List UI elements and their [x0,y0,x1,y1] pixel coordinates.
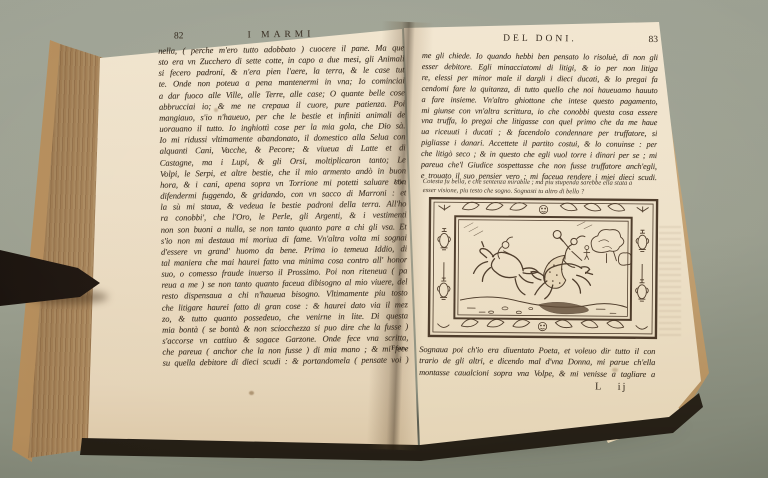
right-page-below-woodcut: Sognaua poi ch'io era diuentato Poeta, e… [419,344,655,380]
aside-paragraph: Cotesta fu bella, e che sentenza mirabil… [423,178,661,198]
margin-note-fran: Fran. [391,345,406,352]
right-page-body: me gli chiede. Io quando hebbi ben pensa… [421,51,658,184]
running-title: DEL DONI. [422,33,658,45]
left-page-text: 82 I MARMI nella, ( perche m'ero tutto a… [158,28,404,44]
signature-mark: L ij [595,381,628,392]
right-page-text: DEL DONI. 83 me gli chiede. Io quando he… [422,33,658,48]
right-page-header: DEL DONI. 83 [422,33,658,48]
book-photo: 82 I MARMI nella, ( perche m'ero tutto a… [0,0,768,478]
left-page-body: nella, ( perche m'ero tutto adobbato ) c… [158,42,408,369]
foxing-spot [249,391,254,395]
woodcut-illustration [427,196,658,340]
ink-bleedthrough [659,224,681,336]
page-number: 83 [648,35,658,45]
woodcut-svg [427,196,658,340]
running-title: I MARMI [158,28,404,41]
text-line: montasse caualcioni sopra vna Volpe, & m… [419,367,655,380]
margin-note-mic: Mic. [394,179,406,186]
